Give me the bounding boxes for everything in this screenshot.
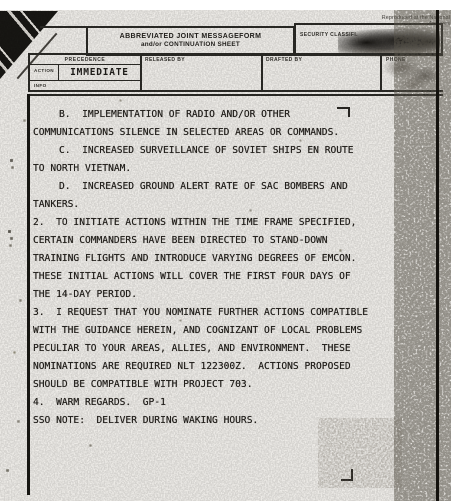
message-line: CERTAIN COMMANDERS HAVE BEEN DIRECTED TO… — [33, 232, 411, 250]
message-line: B. IMPLEMENTATION OF RADIO AND/OR OTHER — [33, 106, 411, 124]
precedence-rule-2 — [30, 80, 140, 81]
message-line: TRAINING FLIGHTS AND INTRODUCE VARYING D… — [33, 250, 411, 268]
message-line: 3. I REQUEST THAT YOU NOMINATE FURTHER A… — [33, 304, 411, 322]
message-line: 2. TO INITIATE ACTIONS WITHIN THE TIME F… — [33, 214, 411, 232]
message-line: WITH THE GUIDANCE HEREIN, AND COGNIZANT … — [33, 322, 411, 340]
action-precedence-value: IMMEDIATE — [58, 64, 141, 81]
message-line: D. INCREASED GROUND ALERT RATE OF SAC BO… — [33, 178, 411, 196]
message-line: NOMINATIONS ARE REQUIRED NLT 122300Z. AC… — [33, 358, 411, 376]
corner-bracket-mark-bottom — [341, 469, 353, 481]
message-body: B. IMPLEMENTATION OF RADIO AND/OR OTHER … — [33, 106, 411, 430]
message-line: C. INCREASED SURVEILLANCE OF SOVIET SHIP… — [33, 142, 411, 160]
cell-divider — [261, 55, 263, 90]
phone-cell-smudge — [383, 56, 443, 89]
message-line: TANKERS. — [33, 196, 411, 214]
drafted-by-label: DRAFTED BY — [266, 57, 302, 63]
scan-edge-line — [436, 10, 439, 501]
info-label: INFO — [34, 83, 47, 88]
precedence-label: PRECEDENCE — [30, 57, 140, 63]
released-by-label: RELEASED BY — [145, 57, 185, 63]
message-line: SHOULD BE COMPATIBLE WITH PROJECT 703. — [33, 376, 411, 394]
scan-specks — [0, 0, 1, 1]
form-title: ABBREVIATED JOINT MESSAGEFORM — [88, 33, 293, 40]
body-left-border — [27, 94, 30, 495]
body-top-rule — [27, 94, 443, 96]
action-label: ACTION — [34, 68, 54, 73]
form-subtitle: and/or CONTINUATION SHEET — [88, 41, 293, 48]
header-fields-row: PRECEDENCE ACTION IMMEDIATE INFO RELEASE… — [28, 53, 443, 92]
message-line: SSO NOTE: DELIVER DURING WAKING HOURS. — [33, 412, 411, 430]
cell-divider — [380, 55, 382, 90]
form-top-rule — [40, 26, 87, 28]
message-line: PECULIAR TO YOUR AREAS, ALLIES, AND ENVI… — [33, 340, 411, 358]
message-line: TO NORTH VIETNAM. — [33, 160, 411, 178]
corner-bracket-mark-top — [337, 107, 350, 117]
message-line: COMMUNICATIONS SILENCE IN SELECTED AREAS… — [33, 124, 411, 142]
message-line: 4. WARM REGARDS. GP-1 — [33, 394, 411, 412]
message-line: THE 14-DAY PERIOD. — [33, 286, 411, 304]
form-title-box: ABBREVIATED JOINT MESSAGEFORM and/or CON… — [86, 26, 295, 56]
message-line: THESE INITIAL ACTIONS WILL COVER THE FIR… — [33, 268, 411, 286]
